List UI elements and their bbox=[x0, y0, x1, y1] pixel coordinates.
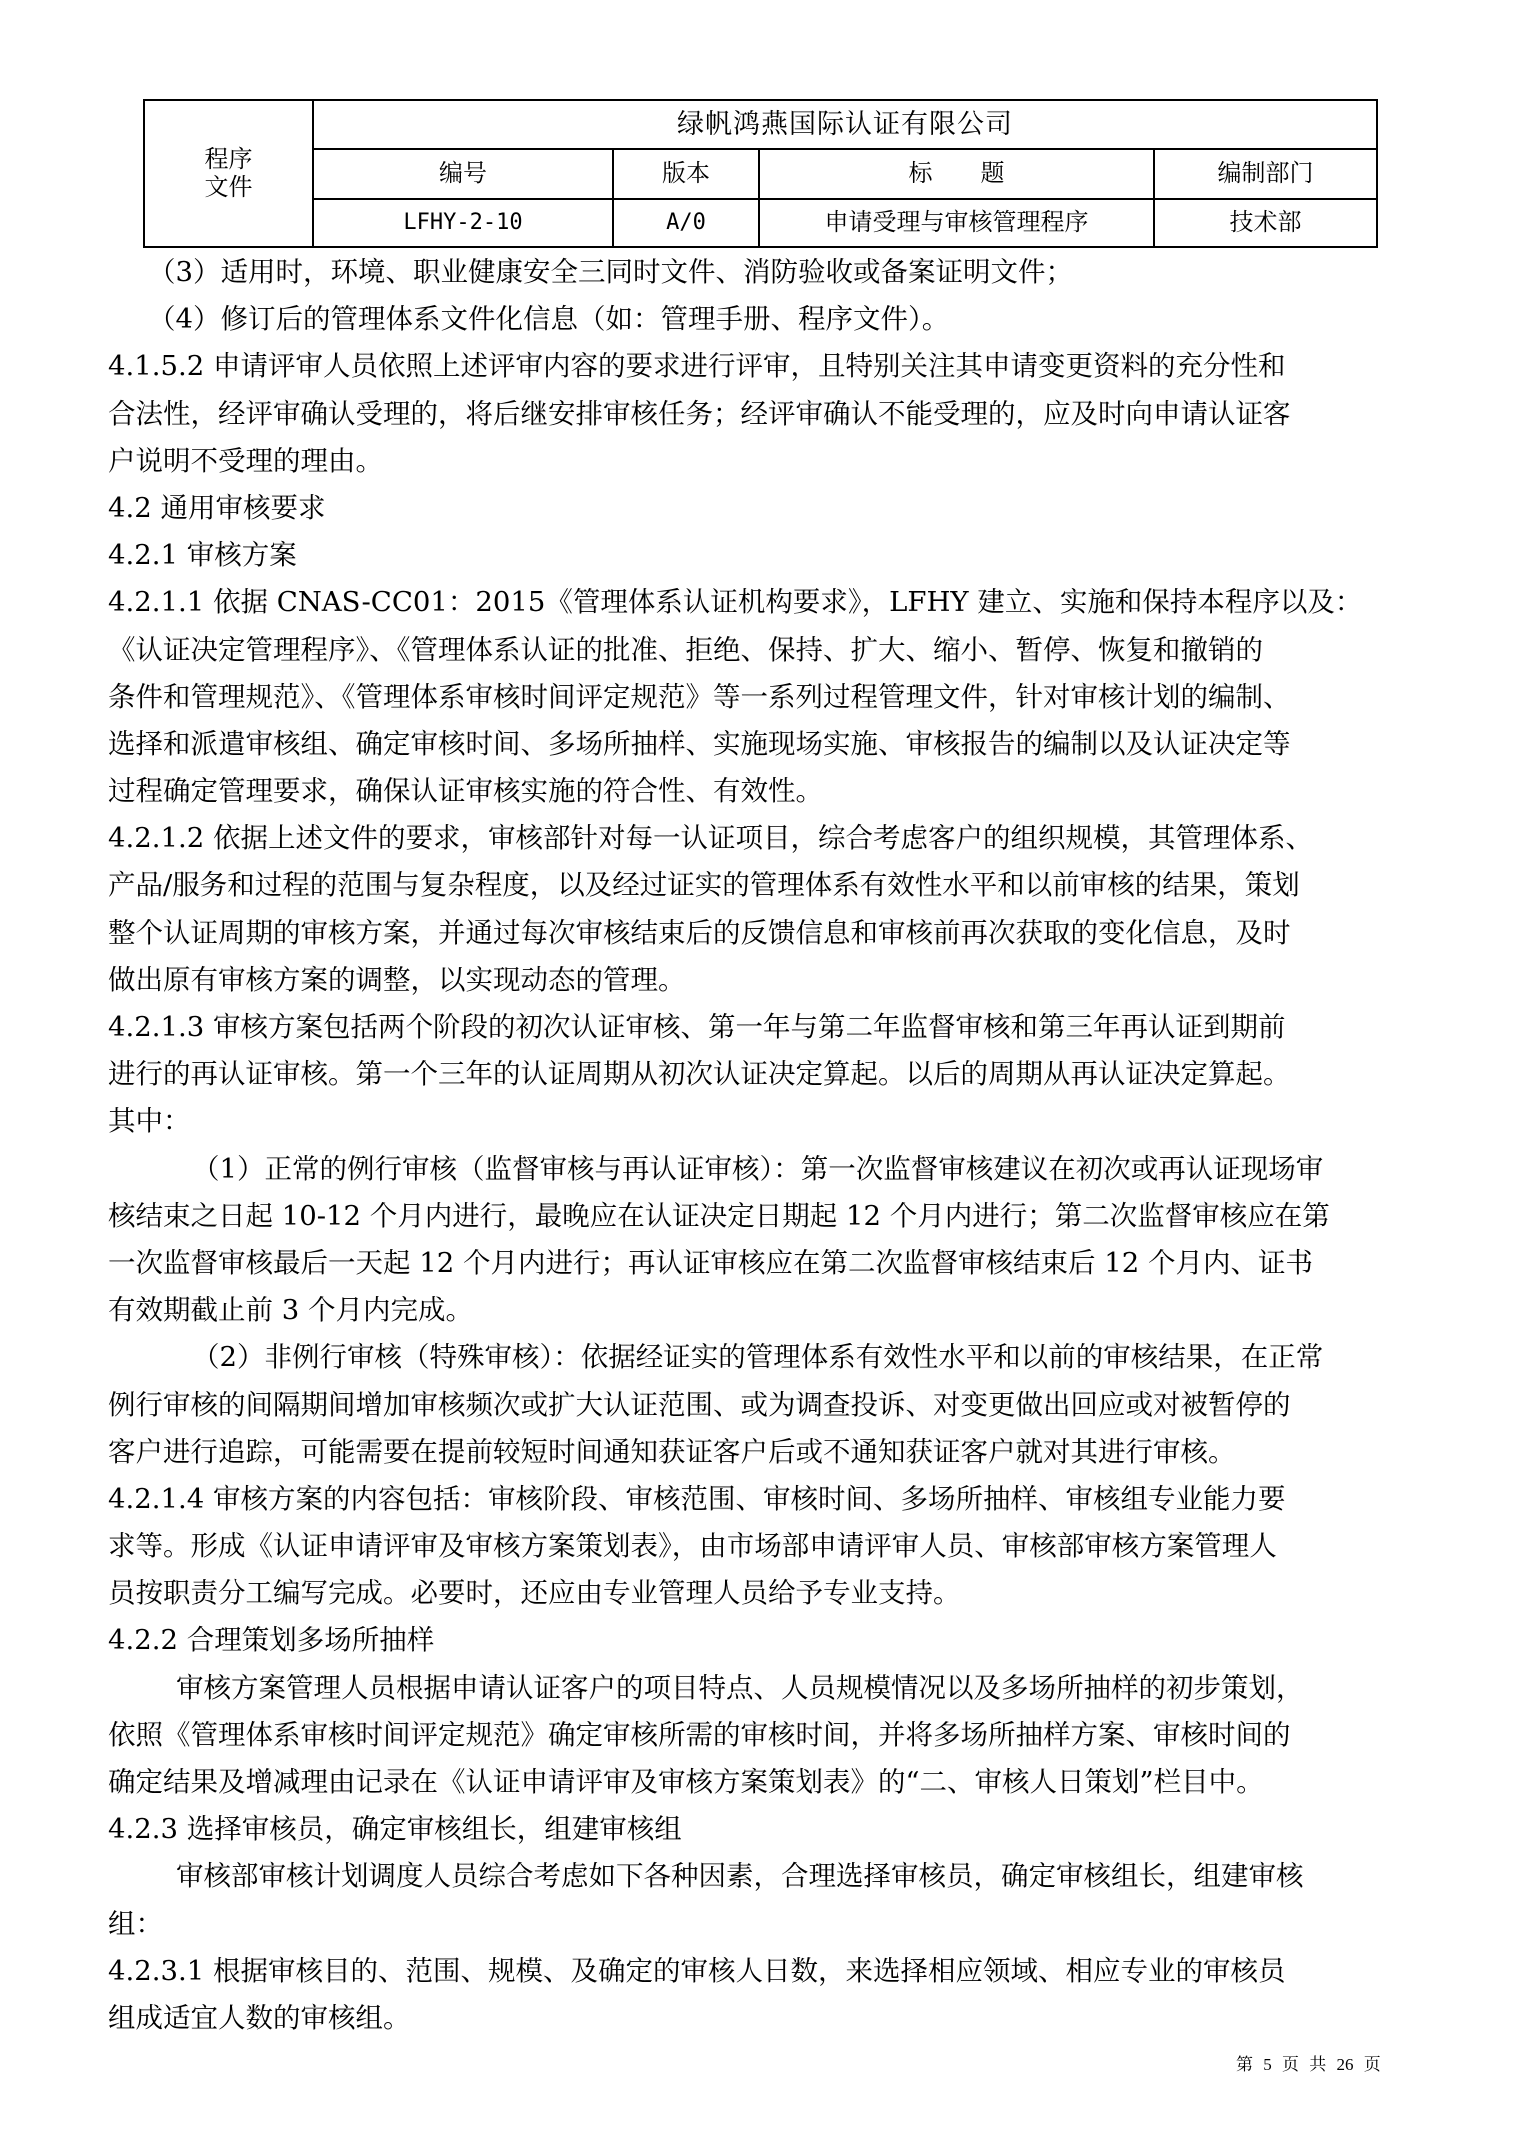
paragraph-line: 求等。形成《认证申请评审及审核方案策划表》，由市场部申请评审人员、审核部审核方案… bbox=[108, 1523, 1408, 1570]
paragraph-line: 客户进行追踪，可能需要在提前较短时间通知获证客户后或不通知获证客户就对其进行审核… bbox=[108, 1429, 1408, 1476]
paragraph-line: 例行审核的间隔期间增加审核频次或扩大认证范围、或为调查投诉、对变更做出回应或对被… bbox=[108, 1382, 1408, 1429]
list-item: （2）非例行审核（特殊审核）：依据经证实的管理体系有效性水平和以前的审核结果，在… bbox=[108, 1334, 1408, 1381]
section-heading: 4.2.1 审核方案 bbox=[108, 532, 1408, 579]
paragraph-line: 其中： bbox=[108, 1098, 1408, 1145]
doc-type-line1: 程序 bbox=[145, 146, 312, 174]
page-number: 第 5 页 共 26 页 bbox=[1236, 2050, 1381, 2075]
paragraph-line: 4.2.3.1 根据审核目的、范围、规模、及确定的审核人日数，来选择相应领域、相… bbox=[108, 1948, 1408, 1995]
doc-type-line2: 文件 bbox=[145, 174, 312, 202]
paragraph-line: 条件和管理规范》、《管理体系审核时间评定规范》等一系列过程管理文件，针对审核计划… bbox=[108, 674, 1408, 721]
paragraph-line: 过程确定管理要求，确保认证审核实施的符合性、有效性。 bbox=[108, 768, 1408, 815]
paragraph-line: 审核部审核计划调度人员综合考虑如下各种因素，合理选择审核员，确定审核组长，组建审… bbox=[108, 1853, 1408, 1900]
column-header-version: 版本 bbox=[613, 149, 759, 199]
paragraph-line: 确定结果及增减理由记录在《认证申请评审及审核方案策划表》的“二、审核人日策划”栏… bbox=[108, 1759, 1408, 1806]
list-item: （3）适用时，环境、职业健康安全三同时文件、消防验收或备案证明文件； bbox=[108, 249, 1408, 296]
paragraph-line: 户说明不受理的理由。 bbox=[108, 438, 1408, 485]
company-name: 绿帆鸿燕国际认证有限公司 bbox=[313, 100, 1377, 149]
section-heading: 4.2.3 选择审核员，确定审核组长，组建审核组 bbox=[108, 1806, 1408, 1853]
column-header-title: 标 题 bbox=[759, 149, 1154, 199]
paragraph-line: 有效期截止前 3 个月内完成。 bbox=[108, 1287, 1408, 1334]
doc-type-label: 程序 文件 bbox=[144, 100, 313, 247]
paragraph-line: 组： bbox=[108, 1901, 1408, 1948]
doc-number: LFHY-2-10 bbox=[313, 199, 613, 247]
paragraph-line: 整个认证周期的审核方案，并通过每次审核结束后的反馈信息和审核前再次获取的变化信息… bbox=[108, 910, 1408, 957]
paragraph-line: 4.2.1.4 审核方案的内容包括：审核阶段、审核范围、审核时间、多场所抽样、审… bbox=[108, 1476, 1408, 1523]
paragraph-line: 4.2.1.3 审核方案包括两个阶段的初次认证审核、第一年与第二年监督审核和第三… bbox=[108, 1004, 1408, 1051]
doc-department: 技术部 bbox=[1154, 199, 1377, 247]
paragraph-line: 核结束之日起 10-12 个月内进行，最晚应在认证决定日期起 12 个月内进行；… bbox=[108, 1193, 1408, 1240]
document-body: （3）适用时，环境、职业健康安全三同时文件、消防验收或备案证明文件； （4）修订… bbox=[108, 249, 1408, 2042]
document-header-table: 程序 文件 绿帆鸿燕国际认证有限公司 编号 版本 标 题 编制部门 LFHY-2… bbox=[143, 99, 1378, 248]
paragraph-line: 《认证决定管理程序》、《管理体系认证的批准、拒绝、保持、扩大、缩小、暂停、恢复和… bbox=[108, 627, 1408, 674]
list-item: （4）修订后的管理体系文件化信息（如：管理手册、程序文件）。 bbox=[108, 296, 1408, 343]
paragraph-line: 依照《管理体系审核时间评定规范》确定审核所需的审核时间，并将多场所抽样方案、审核… bbox=[108, 1712, 1408, 1759]
column-header-department: 编制部门 bbox=[1154, 149, 1377, 199]
paragraph-line: 4.2.1.1 依据 CNAS-CC01：2015《管理体系认证机构要求》，LF… bbox=[108, 579, 1408, 626]
paragraph-line: 合法性，经评审确认受理的，将后继安排审核任务；经评审确认不能受理的，应及时向申请… bbox=[108, 391, 1408, 438]
paragraph-line: 4.2.1.2 依据上述文件的要求，审核部针对每一认证项目，综合考虑客户的组织规… bbox=[108, 815, 1408, 862]
section-heading: 4.2 通用审核要求 bbox=[108, 485, 1408, 532]
paragraph-line: 一次监督审核最后一天起 12 个月内进行；再认证审核应在第二次监督审核结束后 1… bbox=[108, 1240, 1408, 1287]
paragraph-line: 做出原有审核方案的调整，以实现动态的管理。 bbox=[108, 957, 1408, 1004]
section-heading: 4.2.2 合理策划多场所抽样 bbox=[108, 1617, 1408, 1664]
paragraph-line: 员按职责分工编写完成。必要时，还应由专业管理人员给予专业支持。 bbox=[108, 1570, 1408, 1617]
paragraph-line: 组成适宜人数的审核组。 bbox=[108, 1995, 1408, 2042]
paragraph-line: 审核方案管理人员根据申请认证客户的项目特点、人员规模情况以及多场所抽样的初步策划… bbox=[108, 1665, 1408, 1712]
list-item: （1）正常的例行审核（监督审核与再认证审核）：第一次监督审核建议在初次或再认证现… bbox=[108, 1146, 1408, 1193]
doc-title: 申请受理与审核管理程序 bbox=[759, 199, 1154, 247]
paragraph-line: 产品/服务和过程的范围与复杂程度，以及经过证实的管理体系有效性水平和以前审核的结… bbox=[108, 862, 1408, 909]
doc-version: A/0 bbox=[613, 199, 759, 247]
column-header-number: 编号 bbox=[313, 149, 613, 199]
paragraph-line: 进行的再认证审核。第一个三年的认证周期从初次认证决定算起。以后的周期从再认证决定… bbox=[108, 1051, 1408, 1098]
paragraph-line: 4.1.5.2 申请评审人员依照上述评审内容的要求进行评审，且特别关注其申请变更… bbox=[108, 343, 1408, 390]
paragraph-line: 选择和派遣审核组、确定审核时间、多场所抽样、实施现场实施、审核报告的编制以及认证… bbox=[108, 721, 1408, 768]
